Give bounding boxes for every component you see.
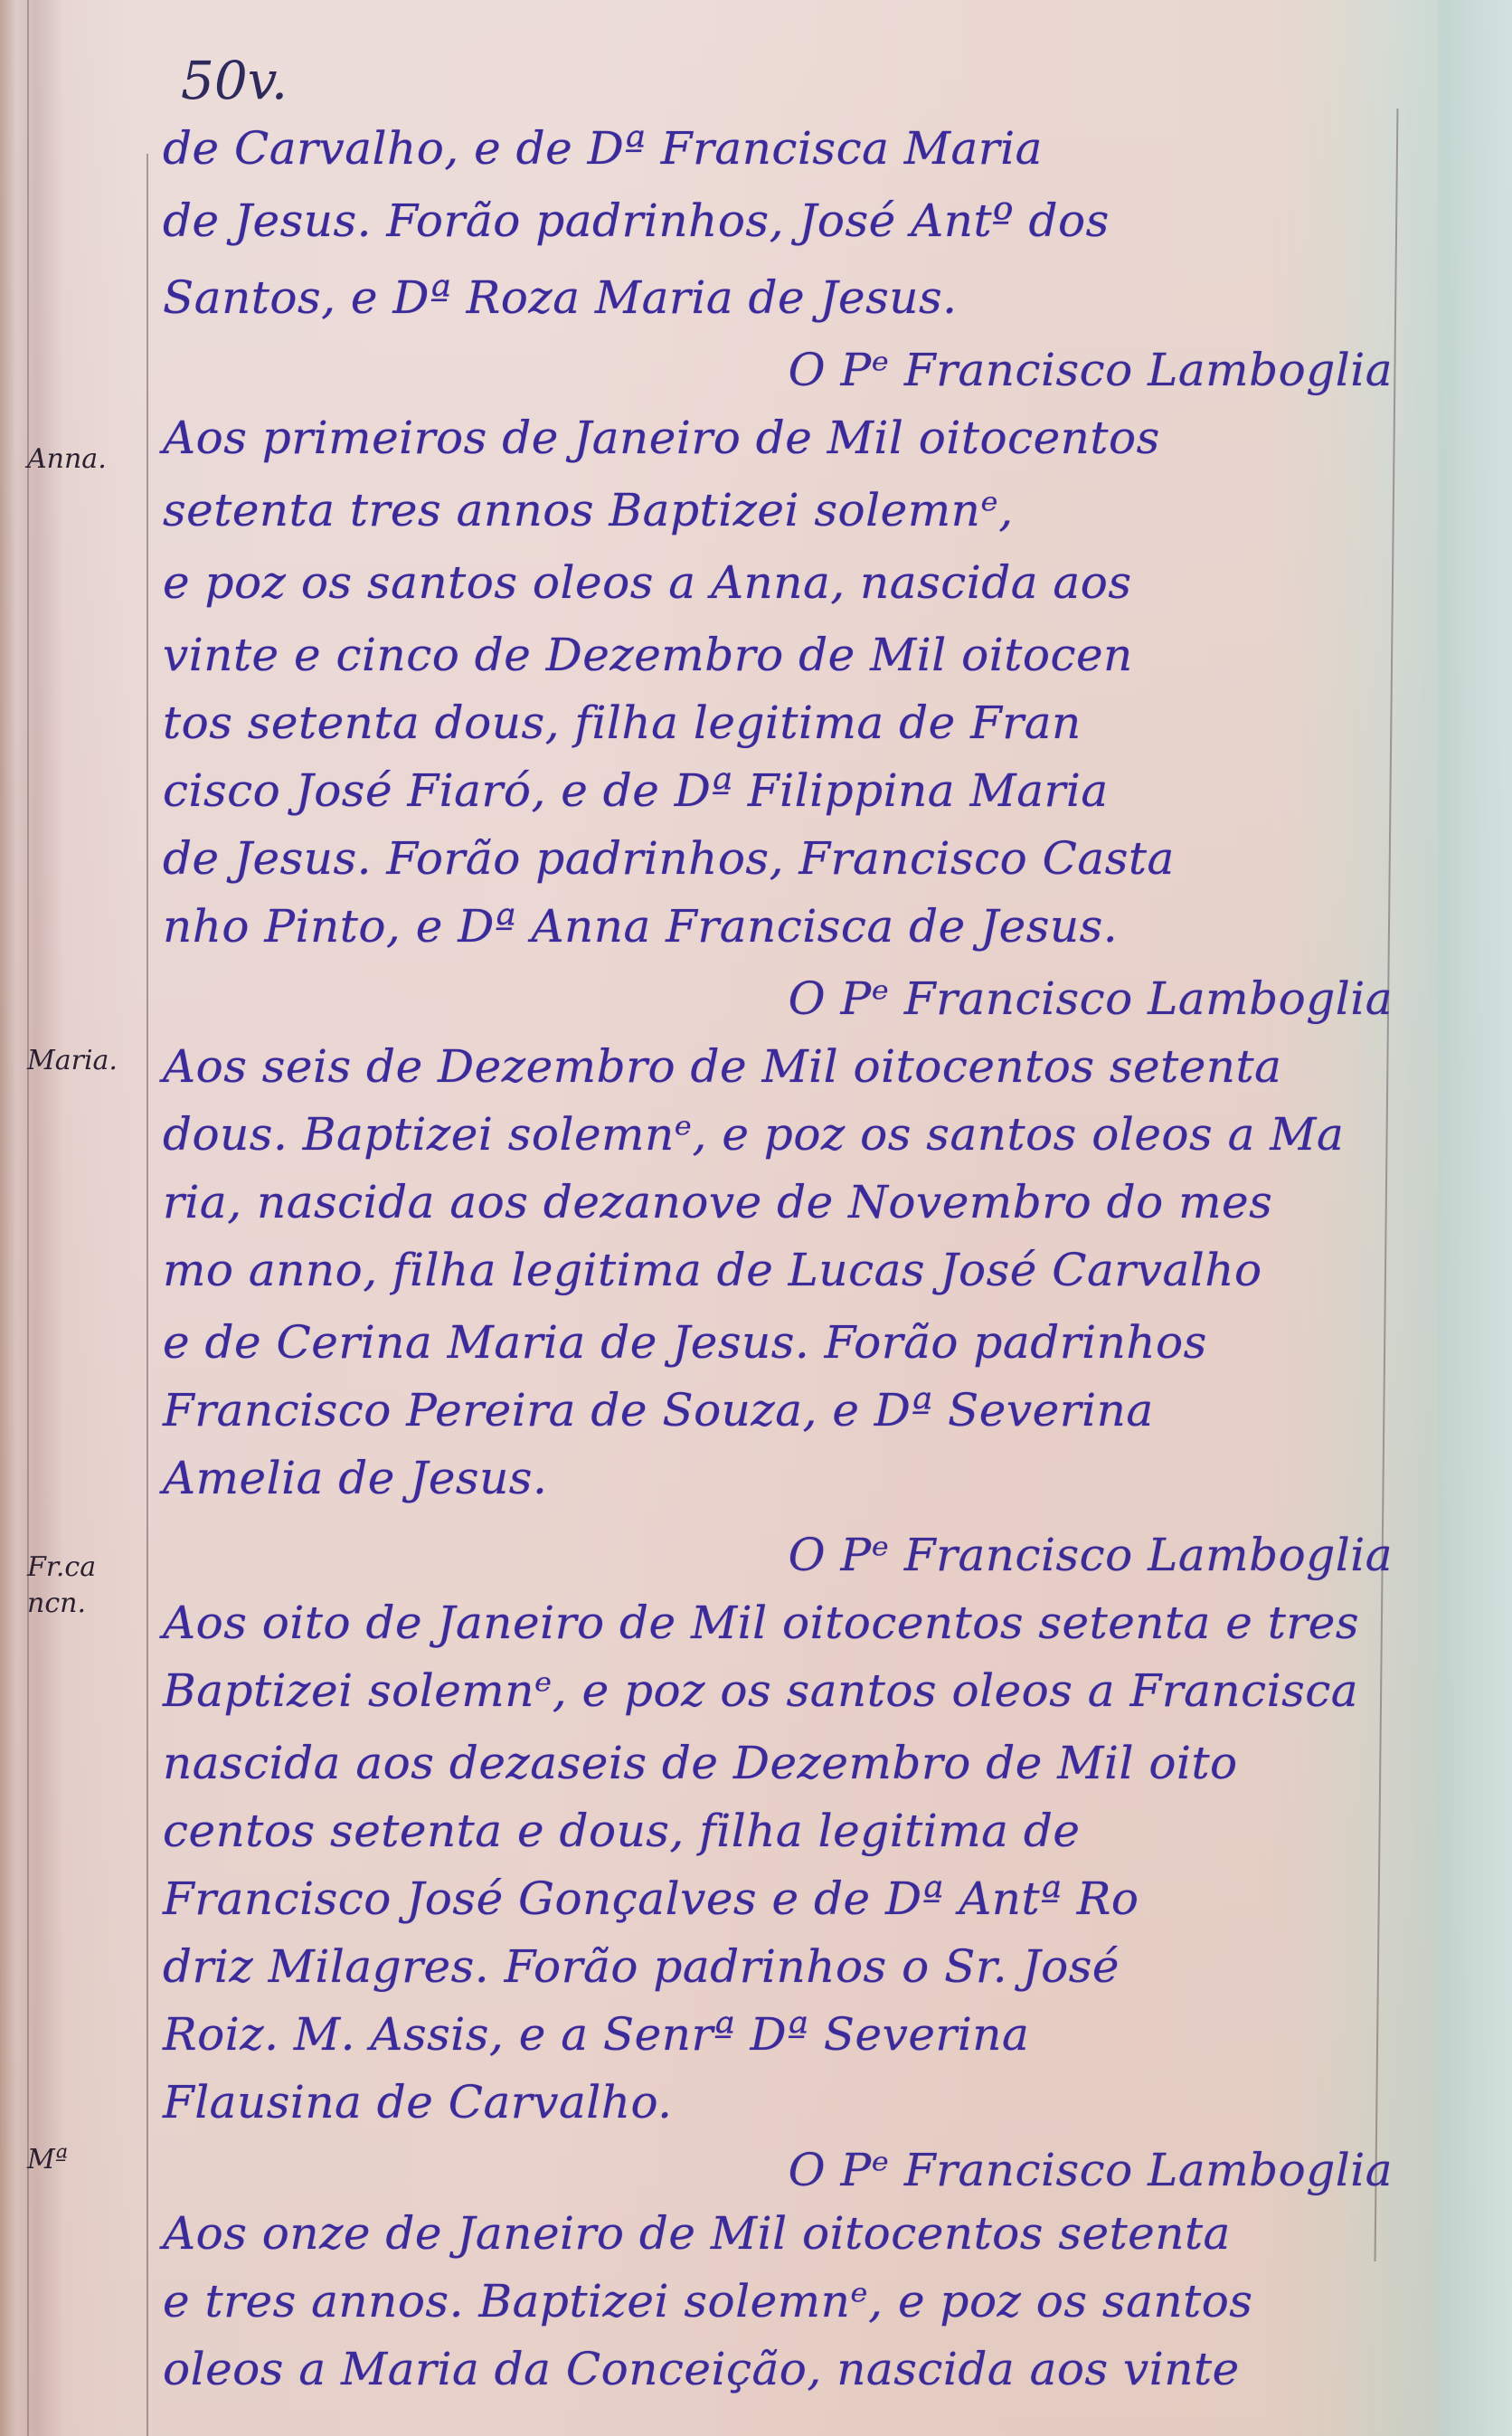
left-margin-rule [146, 154, 148, 2436]
register-line: e de Cerina Maria de Jesus. Forão padrin… [163, 1316, 1393, 1369]
register-line: ria, nascida aos dezanove de Novembro do… [163, 1176, 1393, 1228]
register-line: Aos onze de Janeiro de Mil oitocentos se… [163, 2207, 1393, 2260]
priest-signature: O Pᵉ Francisco Lamboglia [163, 972, 1411, 1025]
register-line: Baptizei solemnᵉ, e poz os santos oleos … [163, 1664, 1393, 1717]
register-line: e poz os santos oleos a Anna, nascida ao… [163, 556, 1393, 609]
register-line: setenta tres annos Baptizei solemnᵉ, [163, 484, 1393, 536]
register-line: tos setenta dous, filha legitima de Fran [163, 697, 1393, 749]
register-line: centos setenta e dous, filha legitima de [163, 1805, 1393, 1857]
register-line: nho Pinto, e Dª Anna Francisca de Jesus. [163, 900, 1393, 953]
register-line: mo anno, filha legitima de Lucas José Ca… [163, 1244, 1393, 1296]
margin-baptized-name: Mª [27, 2144, 145, 2175]
priest-signature: O Pᵉ Francisco Lamboglia [163, 1529, 1411, 1581]
register-line: Roiz. M. Assis, e a Senrª Dª Severina [163, 2008, 1393, 2061]
register-line: oleos a Maria da Conceição, nascida aos … [163, 2343, 1393, 2395]
margin-baptized-name: Anna. [27, 443, 145, 475]
book-spine-gutter [1438, 0, 1512, 2436]
register-line: de Carvalho, e de Dª Francisca Maria [163, 122, 1393, 175]
register-line: Aos oito de Janeiro de Mil oitocentos se… [163, 1597, 1393, 1649]
register-line: Aos primeiros de Janeiro de Mil oitocent… [163, 412, 1393, 464]
register-line: nascida aos dezaseis de Dezembro de Mil … [163, 1737, 1393, 1789]
folio-number: 50v. [181, 50, 288, 111]
register-line: dous. Baptizei solemnᵉ, e poz os santos … [163, 1108, 1393, 1161]
register-line: Aos seis de Dezembro de Mil oitocentos s… [163, 1040, 1393, 1093]
register-line: Flausina de Carvalho. [163, 2076, 1393, 2128]
margin-baptized-name: ncn. [27, 1588, 145, 1619]
register-line: Santos, e Dª Roza Maria de Jesus. [163, 271, 1393, 324]
priest-signature: O Pᵉ Francisco Lamboglia [163, 2144, 1411, 2196]
register-line: cisco José Fiaró, e de Dª Filippina Mari… [163, 764, 1393, 817]
register-line: vinte e cinco de Dezembro de Mil oitocen [163, 629, 1393, 681]
register-line: de Jesus. Forão padrinhos, José Antº dos [163, 194, 1393, 247]
margin-baptized-name: Maria. [27, 1045, 145, 1076]
register-line: de Jesus. Forão padrinhos, Francisco Cas… [163, 832, 1393, 885]
margin-baptized-name: Fr.ca [27, 1551, 145, 1583]
priest-signature: O Pᵉ Francisco Lamboglia [163, 344, 1411, 396]
page-edge-line [27, 0, 29, 2436]
register-line: e tres annos. Baptizei solemnᵉ, e poz os… [163, 2275, 1393, 2327]
register-line: Francisco Pereira de Souza, e Dª Severin… [163, 1384, 1393, 1436]
register-line: Francisco José Gonçalves e de Dª Antª Ro [163, 1872, 1393, 1925]
register-line: driz Milagres. Forão padrinhos o Sr. Jos… [163, 1940, 1393, 1993]
register-line: Amelia de Jesus. [163, 1452, 1393, 1504]
